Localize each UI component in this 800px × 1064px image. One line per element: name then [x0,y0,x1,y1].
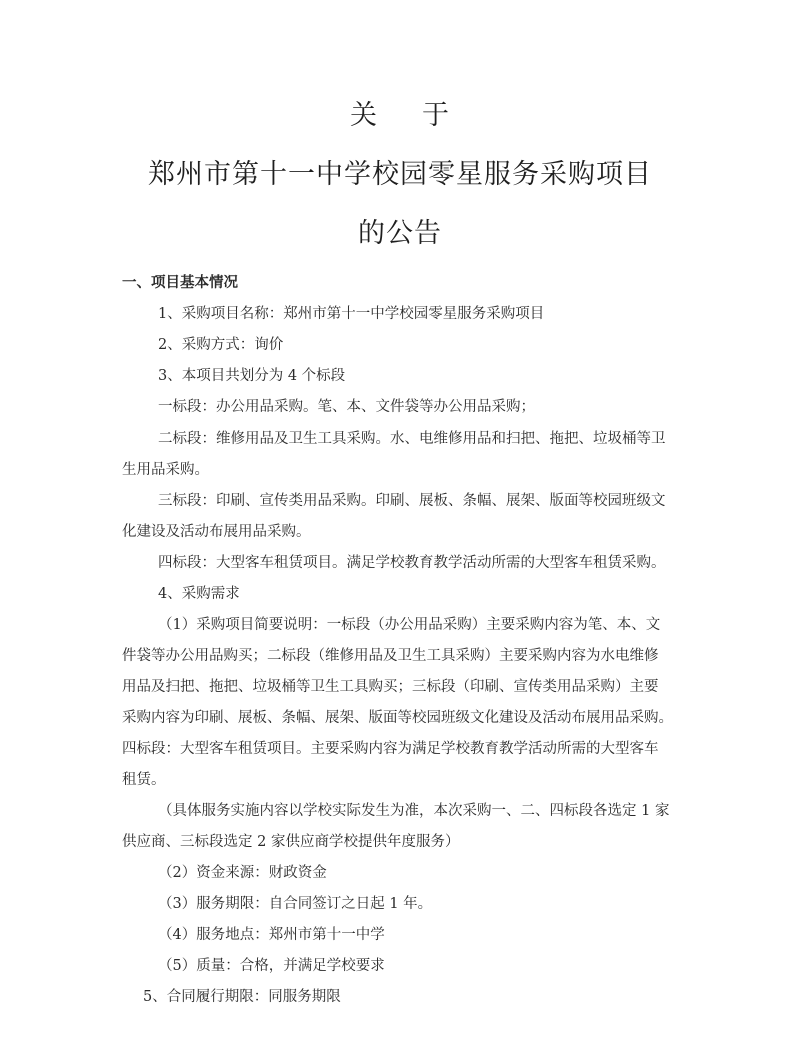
document-page: 关于 郑州市第十一中学校园零星服务采购项目 的公告 一、项目基本情况 1、采购项… [0,0,800,1064]
title-char-guan: 关 [350,100,378,131]
req-1-line-5: 四标段：大型客车租赁项目。主要采购内容为满足学校教育教学活动所需的大型客车 [122,739,659,759]
req-funding-source: （2）资金来源：财政资金 [158,863,327,883]
req-1-line-4: 采购内容为印刷、展板、条幅、展架、版面等校园班级文化建设及活动布展用品采购。 [122,708,673,728]
item-procurement-method: 2、采购方式：询价 [158,335,283,355]
title-char-yu: 于 [422,100,450,131]
item-lot-count: 3、本项目共划分为 4 个标段 [158,366,345,386]
req-1-line-1: （1）采购项目简要说明：一标段（办公用品采购）主要采购内容为笔、本、文 [158,615,660,635]
req-1-line-6: 租赁。 [122,770,166,790]
lot-2-line-1: 二标段：维修用品及卫生工具采购。水、电维修用品和扫把、拖把、垃圾桶等卫 [158,429,666,449]
lot-3-line-1: 三标段：印刷、宣传类用品采购。印刷、展板、条幅、展架、版面等校园班级文 [158,491,666,511]
note-line-1: （具体服务实施内容以学校实际发生为准，本次采购一、二、四标段各选定 1 家 [158,801,669,821]
note-line-2: 供应商、三标段选定 2 家供应商学校提供年度服务） [122,832,459,852]
item-requirements-heading: 4、采购需求 [158,584,240,604]
req-service-location: （4）服务地点：郑州市第十一中学 [158,925,385,945]
item-contract-period: 5、合同履行期限：同服务期限 [143,987,341,1007]
req-quality: （5）质量：合格，并满足学校要求 [158,956,385,976]
lot-1: 一标段：办公用品采购。笔、本、文件袋等办公用品采购； [158,397,535,417]
lot-2-line-2: 生用品采购。 [122,460,209,480]
title-line-1: 关于 [0,93,800,132]
lot-4: 四标段：大型客车租赁项目。满足学校教育教学活动所需的大型客车租赁采购。 [158,553,666,573]
title-line-2: 郑州市第十一中学校园零星服务采购项目 [0,152,800,191]
section-heading: 一、项目基本情况 [122,273,238,293]
req-service-period: （3）服务期限：自合同签订之日起 1 年。 [158,894,432,914]
req-1-line-2: 件袋等办公用品购买；二标段（维修用品及卫生工具采购）主要采购内容为水电维修 [122,646,659,666]
req-1-line-3: 用品及扫把、拖把、垃圾桶等卫生工具购买；三标段（印刷、宣传类用品采购）主要 [122,677,659,697]
item-project-name: 1、采购项目名称：郑州市第十一中学校园零星服务采购项目 [158,304,544,324]
title-line-3: 的公告 [0,211,800,250]
lot-3-line-2: 化建设及活动布展用品采购。 [122,522,311,542]
